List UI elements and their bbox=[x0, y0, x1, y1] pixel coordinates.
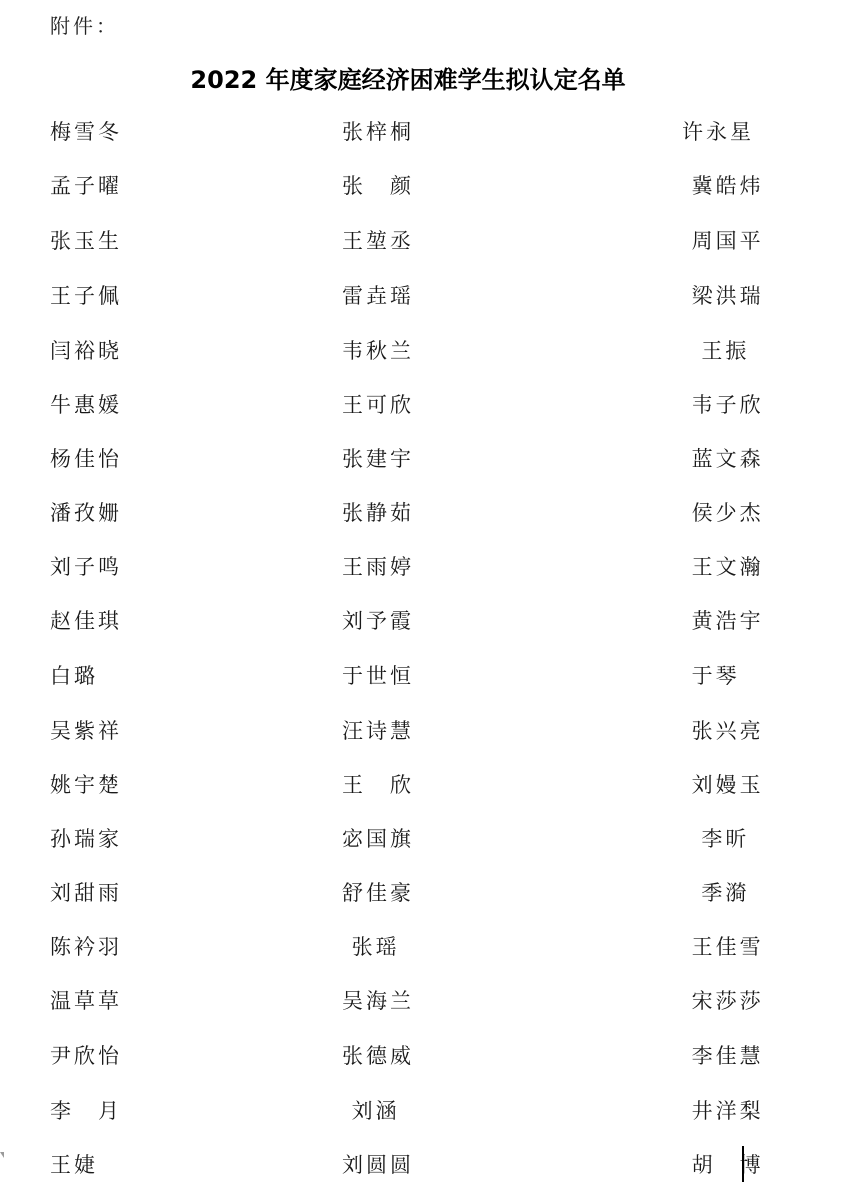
student-name[interactable]: 刘甜雨 bbox=[50, 877, 122, 907]
student-name[interactable]: 舒佳豪 bbox=[342, 877, 414, 907]
student-name[interactable]: 张玉生 bbox=[50, 225, 122, 255]
student-name[interactable]: 白璐 bbox=[50, 660, 98, 690]
student-name[interactable]: 周国平 bbox=[682, 225, 764, 255]
name-row: 王婕刘圆圆 胡 博 bbox=[0, 1149, 868, 1189]
name-row: 王子佩雷垚瑶 梁洪瑞 bbox=[0, 280, 868, 320]
student-name[interactable]: 李 月 bbox=[50, 1095, 122, 1125]
student-name[interactable]: 张建宇 bbox=[342, 443, 414, 473]
student-name[interactable]: 于琴 bbox=[682, 660, 740, 690]
student-name[interactable]: 李佳慧 bbox=[682, 1040, 764, 1070]
name-row: 尹欣怡张德威 李佳慧 bbox=[0, 1040, 868, 1080]
name-row: 杨佳怡张建宇 蓝文森 bbox=[0, 443, 868, 483]
student-name[interactable]: 潘孜姗 bbox=[50, 497, 122, 527]
student-name[interactable]: 季漪 bbox=[682, 877, 749, 907]
name-row: 张玉生王堃丞 周国平 bbox=[0, 225, 868, 265]
page-margin-mark-icon bbox=[0, 1152, 4, 1158]
student-name[interactable]: 黄浩宇 bbox=[682, 605, 764, 635]
student-name[interactable]: 杨佳怡 bbox=[50, 443, 122, 473]
student-name[interactable]: 温草草 bbox=[50, 985, 122, 1015]
student-name[interactable]: 刘涵 bbox=[342, 1095, 400, 1125]
name-row: 吴紫祥汪诗慧 张兴亮 bbox=[0, 715, 868, 755]
student-name[interactable]: 蓝文森 bbox=[682, 443, 764, 473]
name-row: 潘孜姗张静茹 侯少杰 bbox=[0, 497, 868, 537]
student-name[interactable]: 井洋梨 bbox=[682, 1095, 764, 1125]
student-name[interactable]: 张瑶 bbox=[342, 931, 400, 961]
student-name[interactable]: 王 欣 bbox=[342, 769, 414, 799]
name-row: 温草草吴海兰 宋莎莎 bbox=[0, 985, 868, 1025]
student-name[interactable]: 王子佩 bbox=[50, 280, 122, 310]
name-row: 闫裕晓韦秋兰 王振 bbox=[0, 335, 868, 375]
student-name[interactable]: 闫裕晓 bbox=[50, 335, 122, 365]
student-name[interactable]: 韦子欣 bbox=[682, 389, 764, 419]
student-name[interactable]: 于世恒 bbox=[342, 660, 414, 690]
student-name[interactable]: 吴海兰 bbox=[342, 985, 414, 1015]
student-name[interactable]: 张德威 bbox=[342, 1040, 414, 1070]
student-name[interactable]: 王堃丞 bbox=[342, 225, 414, 255]
student-name[interactable]: 吴紫祥 bbox=[50, 715, 122, 745]
student-name[interactable]: 刘予霞 bbox=[342, 605, 414, 635]
name-row: 梅雪冬张梓桐许永星 bbox=[0, 116, 868, 156]
student-name[interactable]: 孙瑞家 bbox=[50, 823, 122, 853]
student-name[interactable]: 汪诗慧 bbox=[342, 715, 414, 745]
student-name[interactable]: 张梓桐 bbox=[342, 116, 414, 146]
student-name[interactable]: 王可欣 bbox=[342, 389, 414, 419]
student-name[interactable]: 宋莎莎 bbox=[682, 985, 764, 1015]
student-name[interactable]: 张静茹 bbox=[342, 497, 414, 527]
student-name[interactable]: 冀皓炜 bbox=[682, 170, 764, 200]
attachment-label: 附件： bbox=[50, 10, 119, 39]
name-row: 孟子曜张 颜 冀皓炜 bbox=[0, 170, 868, 210]
text-cursor bbox=[742, 1146, 744, 1182]
name-row: 孙瑞家宓国旗 李昕 bbox=[0, 823, 868, 863]
student-name[interactable]: 刘圆圆 bbox=[342, 1149, 414, 1179]
student-name[interactable]: 王雨婷 bbox=[342, 551, 414, 581]
student-name[interactable]: 李昕 bbox=[682, 823, 749, 853]
student-name[interactable]: 孟子曜 bbox=[50, 170, 122, 200]
student-name[interactable]: 赵佳琪 bbox=[50, 605, 122, 635]
student-name[interactable]: 姚宇楚 bbox=[50, 769, 122, 799]
name-row: 白璐于世恒 于琴 bbox=[0, 660, 868, 700]
student-name[interactable]: 许永星 bbox=[682, 116, 754, 146]
name-row: 刘子鸣王雨婷 王文瀚 bbox=[0, 551, 868, 591]
student-name[interactable]: 张兴亮 bbox=[682, 715, 764, 745]
name-row: 陈衿羽 张瑶 王佳雪 bbox=[0, 931, 868, 971]
document-title: 2022 年度家庭经济困难学生拟认定名单 bbox=[0, 60, 816, 95]
name-row: 李 月 刘涵 井洋梨 bbox=[0, 1095, 868, 1135]
student-name[interactable]: 雷垚瑶 bbox=[342, 280, 414, 310]
student-name[interactable]: 尹欣怡 bbox=[50, 1040, 122, 1070]
student-name[interactable]: 梅雪冬 bbox=[50, 116, 122, 146]
student-name[interactable]: 王文瀚 bbox=[682, 551, 764, 581]
student-name[interactable]: 王振 bbox=[682, 335, 749, 365]
student-name[interactable]: 胡 博 bbox=[682, 1149, 764, 1179]
name-row: 牛惠媛王可欣 韦子欣 bbox=[0, 389, 868, 429]
name-row: 赵佳琪刘予霞 黄浩宇 bbox=[0, 605, 868, 645]
student-name[interactable]: 梁洪瑞 bbox=[682, 280, 764, 310]
student-name[interactable]: 张 颜 bbox=[342, 170, 414, 200]
student-name[interactable]: 王佳雪 bbox=[682, 931, 764, 961]
student-name[interactable]: 王婕 bbox=[50, 1149, 98, 1179]
student-name[interactable]: 刘嫚玉 bbox=[682, 769, 764, 799]
student-name[interactable]: 刘子鸣 bbox=[50, 551, 122, 581]
student-name[interactable]: 韦秋兰 bbox=[342, 335, 414, 365]
name-row: 姚宇楚王 欣 刘嫚玉 bbox=[0, 769, 868, 809]
student-name[interactable]: 宓国旗 bbox=[342, 823, 414, 853]
student-name[interactable]: 牛惠媛 bbox=[50, 389, 122, 419]
name-row: 刘甜雨舒佳豪 季漪 bbox=[0, 877, 868, 917]
student-name[interactable]: 侯少杰 bbox=[682, 497, 764, 527]
student-name[interactable]: 陈衿羽 bbox=[50, 931, 122, 961]
